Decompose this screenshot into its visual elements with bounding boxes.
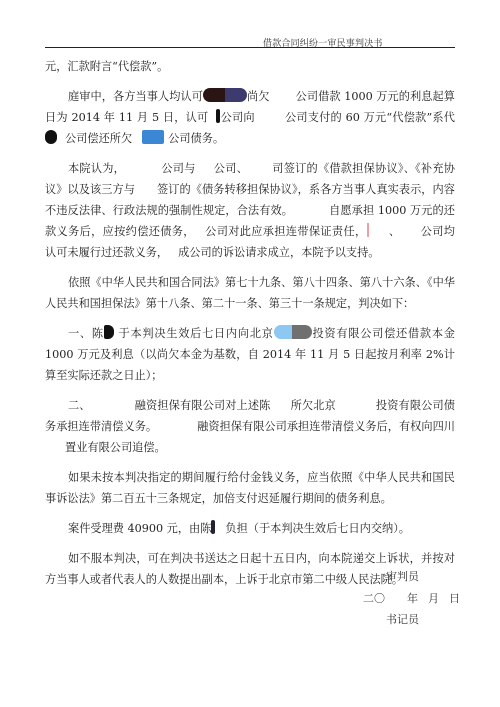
text: 公司支付的 60 万元“代偿款”系代 [285,111,455,124]
text: 所欠北京 [290,399,335,412]
redaction-mark [225,88,247,102]
text: 本院认为， [68,162,125,175]
paragraph-remittance-note: 元，汇款附言“代偿款”。 [45,56,455,77]
date-year: 二〇 [363,592,385,605]
paragraph-case-fee: 案件受理费 40900 元，由陈负担（于本判决生效后七日内交纳）。 [45,518,455,539]
redaction-mark [45,130,57,144]
text: 尚欠 [247,90,270,103]
date-line: 二〇年月日 [363,590,460,606]
redaction-mark [203,88,225,102]
text: 公司向 [220,111,254,124]
redaction-mark [292,325,312,339]
text: 公司、 [214,162,248,175]
clerk-label: 书记员 [386,611,419,627]
text: 庭审中，各方当事人均认可 [68,90,203,103]
paragraph-trial-findings: 庭审中，各方当事人均认可尚欠公司借款 1000 万元的利息起算日为 2014 年… [45,86,455,149]
text: 公司债务。 [168,132,224,145]
redaction-mark [104,325,114,339]
text: 二、 [68,399,91,412]
text: 一、陈 [68,327,104,340]
text: 、 [389,225,401,238]
date-day-unit: 日 [449,592,460,605]
text: 负担（于本判决生效后七日内交纳）。 [225,522,410,535]
text: 元，汇款附言“代偿款”。 [45,60,168,73]
redaction-mark [142,130,164,144]
paragraph-ruling-item-2: 二、融资担保有限公司对上述陈所欠北京投资有限公司债务承担连带清偿义务。融资担保有… [45,395,455,458]
document-body: 元，汇款附言“代偿款”。 庭审中，各方当事人均认可尚欠公司借款 1000 万元的… [45,56,455,590]
text: 依照《中华人民共和国合同法》第七十九条、第八十四条、第八十六条、《中华人民共和国… [45,276,455,310]
text: 案件受理费 40900 元，由陈 [68,522,211,535]
text: 公司偿还所欠 [65,132,132,145]
text: 于本判决生效后七日内向北京 [118,327,274,340]
redaction-mark [367,223,369,237]
text: 公司对此应承担连带保证责任， [205,225,367,238]
text: 融资担保有限公司对上述陈 [135,399,271,412]
redaction-mark [274,325,292,339]
header-divider [45,47,455,48]
date-month-unit: 月 [428,592,439,605]
paragraph-court-opinion: 本院认为，公司与公司、司签订的《借款担保协议》、《补充协议》以及该三方与签订的《… [45,158,455,263]
date-year-unit: 年 [407,592,418,605]
paragraph-legal-basis: 依照《中华人民共和国合同法》第七十九条、第八十四条、第八十六条、《中华人民共和国… [45,272,455,314]
judge-label: 审判员 [386,568,419,584]
paragraph-late-performance: 如果未按本判决指定的期间履行给付金钱义务，应当依照《中华人民共和国民事诉讼法》第… [45,467,455,509]
text: 置业有限公司追偿。 [65,441,166,454]
paragraph-ruling-item-1: 一、陈于本判决生效后七日内向北京投资有限公司偿还借款本金 1000 万元及利息（… [45,323,455,386]
text: 成公司的诉讼请求成立，本院予以支持。 [178,246,379,259]
redaction-mark [211,520,215,534]
text: 融资担保有限公司承担连带清偿义务后，有权向四川 [197,420,455,433]
text: 公司与 [161,162,195,175]
text: 如果未按本判决指定的期间履行给付金钱义务，应当依照《中华人民共和国民事诉讼法》第… [45,471,455,505]
